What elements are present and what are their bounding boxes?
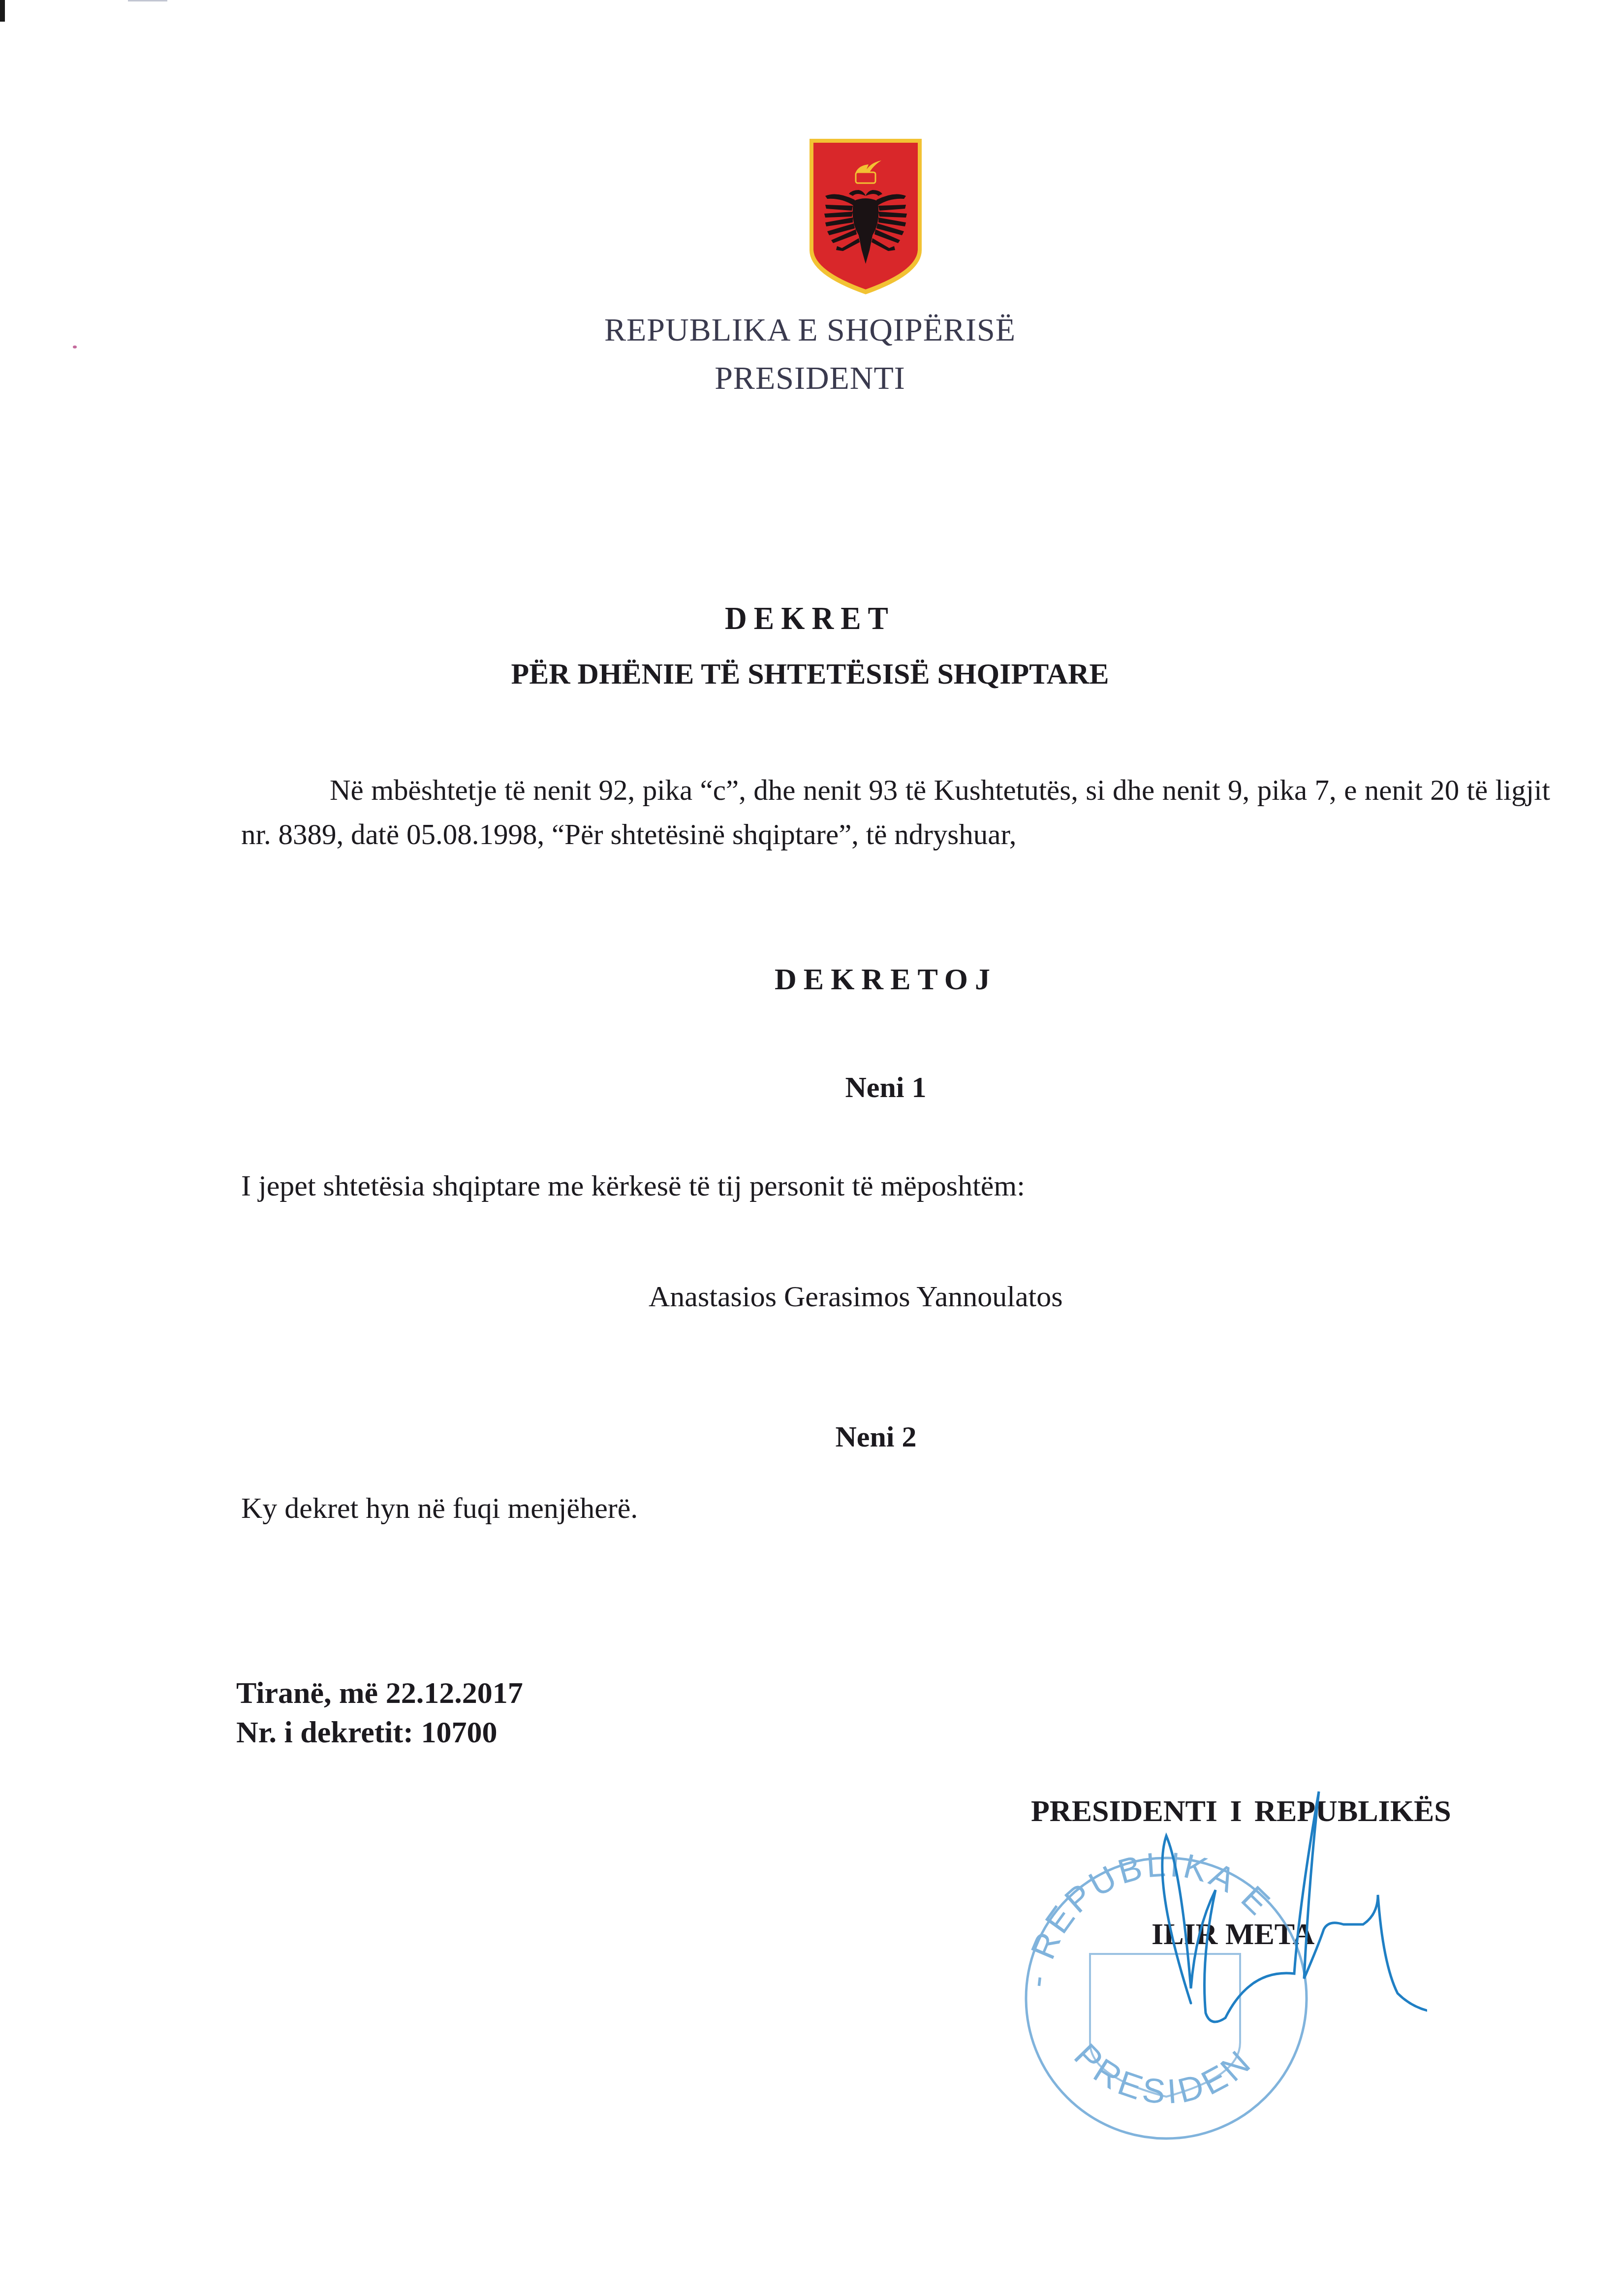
article-2-text: Ky dekret hyn në fuqi menjëherë. bbox=[241, 1491, 638, 1525]
preamble-paragraph: Në mbështetje të nenit 92, pika “c”, dhe… bbox=[241, 768, 1550, 856]
signatory-name: ILIR META bbox=[1152, 1917, 1314, 1952]
article-1-heading: Neni 1 bbox=[787, 1070, 984, 1104]
person-name: Anastasios Gerasimos Yannoulatos bbox=[649, 1280, 1063, 1314]
place-date: Tiranë, më 22.12.2017 bbox=[236, 1676, 523, 1711]
decree-subtitle: PËR DHËNIE TË SHTETËSISË SHQIPTARE bbox=[0, 657, 1620, 691]
preamble-text: Në mbështetje të nenit 92, pika “c”, dhe… bbox=[241, 774, 1550, 850]
country-name: REPUBLIKA E SHQIPËRISË bbox=[0, 312, 1620, 349]
scan-edge-mark bbox=[0, 0, 5, 22]
official-stamp-and-signature: - REPUBLIKA E SHQIPËRISË - PRESIDENTI bbox=[1004, 1782, 1427, 2156]
official-stamp-icon: - REPUBLIKA E SHQIPËRISË - PRESIDENTI bbox=[1004, 1782, 1307, 2139]
signatory-title: PRESIDENTI I REPUBLIKËS bbox=[1031, 1794, 1451, 1829]
decree-title: DEKRET bbox=[0, 600, 1620, 637]
albanian-coat-of-arms-icon bbox=[808, 137, 924, 297]
office-name: PRESIDENTI bbox=[0, 360, 1620, 397]
article-2-heading: Neni 2 bbox=[778, 1420, 974, 1454]
operative-heading: DEKRETOJ bbox=[763, 962, 1009, 997]
article-1-text: I jepet shtetësia shqiptare me kërkesë t… bbox=[241, 1169, 1025, 1203]
scan-edge-line bbox=[128, 0, 167, 1]
decree-number: Nr. i dekretit: 10700 bbox=[236, 1715, 497, 1750]
